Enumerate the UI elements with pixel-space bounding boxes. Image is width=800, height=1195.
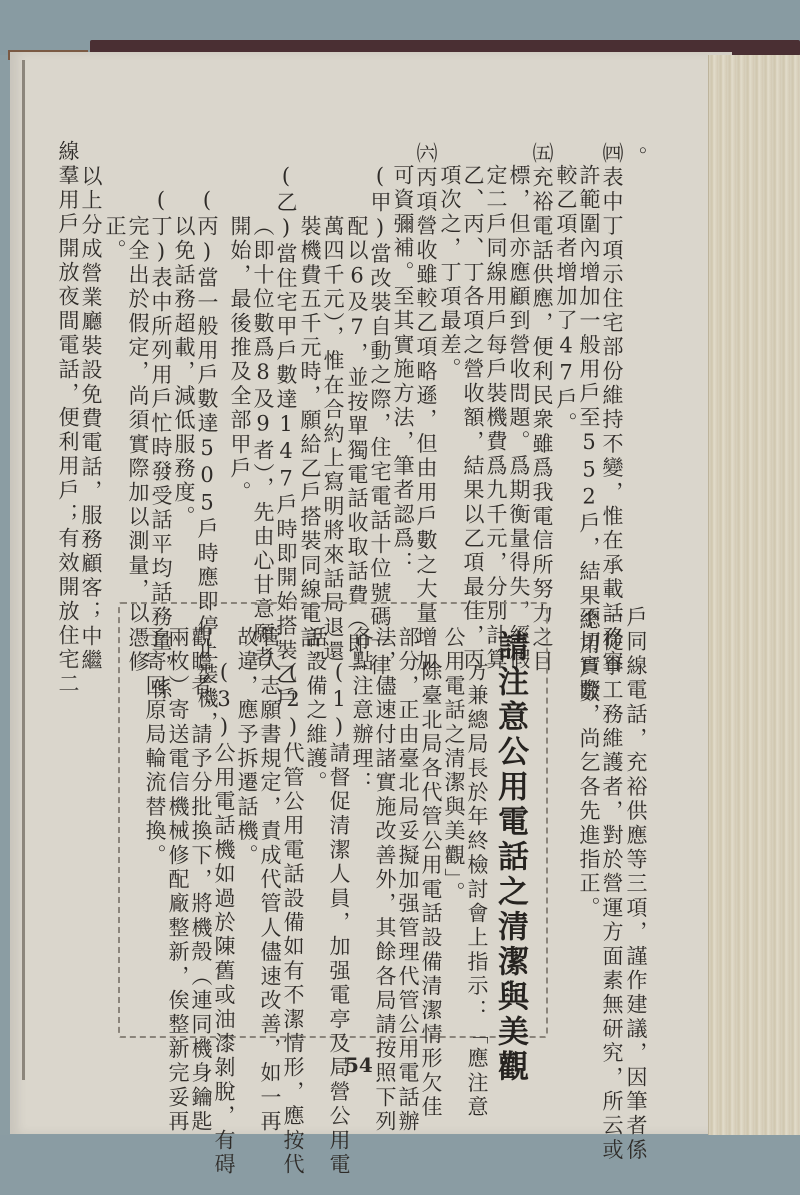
- text-column: (1)請督促清潔人員，加强電亭及局營公用電: [328, 660, 350, 1177]
- text-column: 可資彌補。至其實施方法，筆者認爲：: [392, 164, 414, 575]
- text-column: 一從事工務維護者，對於營運方面素無研究，所云或: [601, 606, 623, 1163]
- text-column: 故違，應予拆遷話機。: [236, 626, 258, 868]
- text-column: 線羣用戶開放夜間電話，便利用戶；有效開放住宅二: [57, 140, 79, 697]
- page-stack-edge: [708, 55, 800, 1135]
- text-column: 以免話務超載，減低服務度。: [173, 215, 195, 530]
- text-column: ㈣表中丁項示住宅部份維持不變，惟在承載話務容: [601, 142, 623, 674]
- text-column: 兩枚）寄送電信機械修配廠整新，俟整新完妥再: [167, 626, 189, 1134]
- text-column: (3)公用電話機如過於陳舊或油漆剝脫，有碍: [213, 660, 235, 1177]
- text-column: 定二戶同線用戶每戶裝機費爲九千元，分別計算: [485, 164, 507, 672]
- text-column: 除臺北局各代管公用電話設備清潔情形欠佳: [420, 660, 442, 1120]
- text-column: 以上分成營業廳裝設免費電話，服務顧客；中繼: [80, 165, 102, 673]
- text-column: 戶同線電話，充裕供應等三項，謹作建議，因筆者係: [625, 606, 647, 1163]
- notice-title: 請注意公用電話之清潔與美觀: [494, 630, 526, 1085]
- text-column: 公用電話之清潔與美觀」。: [443, 626, 465, 906]
- text-column: 予寄回原局輪流替換。: [144, 626, 166, 868]
- text-column: (2)代管公用電話設備如有不潔情形，應按代: [282, 660, 304, 1177]
- text-column: 不切實際，尚乞各先進指正。: [578, 606, 600, 921]
- text-column: ㈥丙項營收雖較乙項略遜，但由用戶數之大量增加: [415, 142, 437, 674]
- text-column: 管人志願書規定，責成代管人儘速改善，如一再: [259, 626, 281, 1134]
- text-column: 部分，正由臺北局妥擬加强管理代管公用電話辦: [397, 626, 419, 1134]
- text-column: 萬四千元），惟在合約上寫明將來話局退還: [322, 215, 344, 664]
- page-gutter: [22, 60, 25, 1080]
- text-column: ㈤充裕電話供應，便利民衆雖爲我電信所努力之目: [531, 142, 553, 674]
- text-column: 正。: [104, 215, 126, 263]
- text-column: 標，但亦應顧到營收問題。爲期衡量得失，經假: [508, 164, 530, 672]
- page-number: 54: [345, 1053, 373, 1077]
- text-column: 乙、丙、丁各項之營收額，結果以乙項最佳，丙: [462, 164, 484, 672]
- text-column: 各點注意辦理：: [351, 626, 373, 795]
- text-column: 開始，最後推及全部甲戶。: [229, 215, 251, 505]
- text-column: 觀瞻者，請予分批換下，將機殼（連同機身鑰匙: [190, 626, 212, 1134]
- text-column: 較乙項者增加了47戶。: [555, 164, 577, 436]
- background-bottom: [0, 1135, 800, 1195]
- text-column: 方兼總局長於年終檢討會上指示：「應注意: [466, 660, 488, 1120]
- text-column: 話設備之維護。: [305, 626, 327, 795]
- text-column: 法，儘速付諸實施改善外，其餘各局請按照下列: [374, 626, 396, 1134]
- text-column: 項次之，丁項最差。: [439, 164, 461, 382]
- text-column: 。: [625, 146, 647, 170]
